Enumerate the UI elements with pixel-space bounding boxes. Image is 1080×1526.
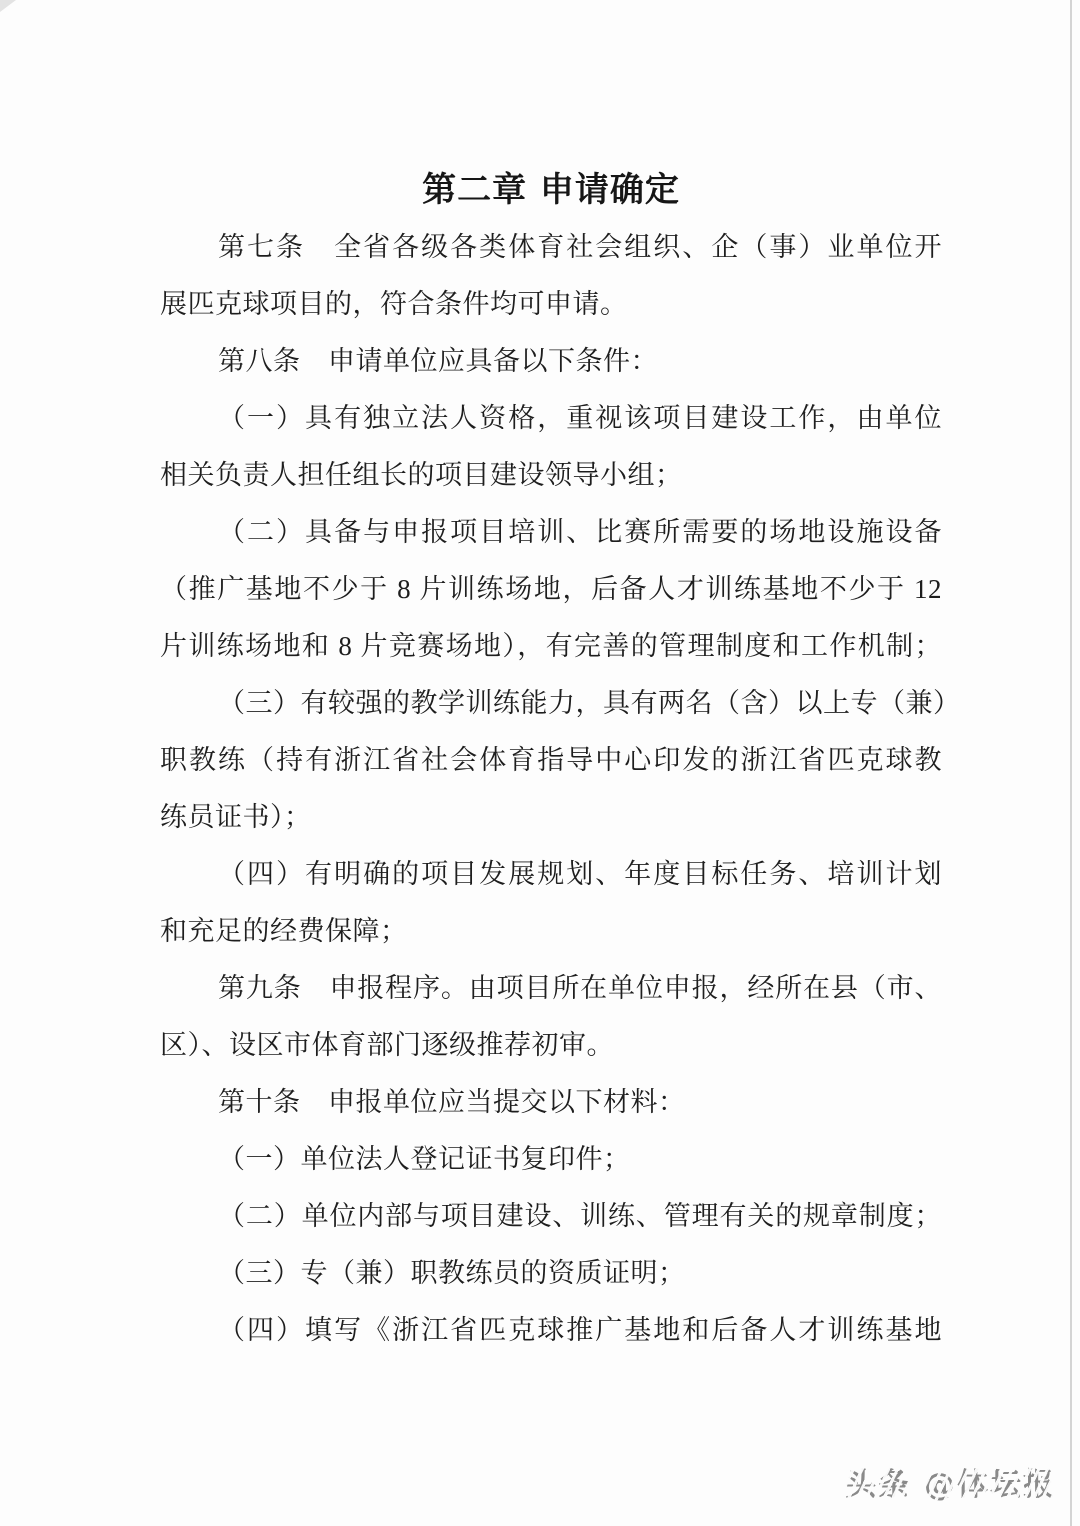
text-line: （二）单位内部与项目建设、训练、管理有关的规章制度； xyxy=(160,1188,942,1245)
text-line: （一）单位法人登记证书复印件； xyxy=(160,1131,942,1188)
watermark-container: 头条 @体坛报 xyxy=(845,1459,1056,1504)
scan-edge-line xyxy=(1070,0,1072,1526)
text-line: 相关负责人担任组长的项目建设领导小组； xyxy=(160,447,942,504)
text-line: （推广基地不少于 8 片训练场地，后备人才训练基地不少于 12 xyxy=(160,561,942,618)
text-line: 和充足的经费保障； xyxy=(160,903,942,960)
text-line: 第九条 申报程序。由项目所在单位申报，经所在县（市、 xyxy=(160,960,942,1017)
document-content: 第二章 申请确定 第七条 全省各级各类体育社会组织、企（事）业单位开展匹克球项目… xyxy=(160,162,942,1359)
text-line: （四）有明确的项目发展规划、年度目标任务、培训计划 xyxy=(160,846,942,903)
document-page: 第二章 申请确定 第七条 全省各级各类体育社会组织、企（事）业单位开展匹克球项目… xyxy=(0,0,1080,1526)
paragraph-lines: 第七条 全省各级各类体育社会组织、企（事）业单位开展匹克球项目的，符合条件均可申… xyxy=(160,219,942,1359)
text-line: 区）、设区市体育部门逐级推荐初审。 xyxy=(160,1017,942,1074)
text-line: 第十条 申报单位应当提交以下材料： xyxy=(160,1074,942,1131)
toutiao-watermark: 头条 @体坛报 xyxy=(845,1459,1056,1504)
text-line: （一）具有独立法人资格，重视该项目建设工作，由单位 xyxy=(160,390,942,447)
text-line: （三）有较强的教学训练能力，具有两名（含）以上专（兼） xyxy=(160,675,942,732)
text-line: 片训练场地和 8 片竞赛场地），有完善的管理制度和工作机制； xyxy=(160,618,942,675)
chapter-title: 第二章 申请确定 xyxy=(160,162,942,219)
text-line: （三）专（兼）职教练员的资质证明； xyxy=(160,1245,942,1302)
text-line: 第七条 全省各级各类体育社会组织、企（事）业单位开 xyxy=(160,219,942,276)
text-line: 职教练（持有浙江省社会体育指导中心印发的浙江省匹克球教 xyxy=(160,732,942,789)
text-line: （二）具备与申报项目培训、比赛所需要的场地设施设备 xyxy=(160,504,942,561)
text-line: 展匹克球项目的，符合条件均可申请。 xyxy=(160,276,942,333)
text-line: 练员证书）； xyxy=(160,789,942,846)
text-line: （四）填写《浙江省匹克球推广基地和后备人才训练基地 xyxy=(160,1302,942,1359)
text-line: 第八条 申请单位应具备以下条件： xyxy=(160,333,942,390)
scan-corner-artifact xyxy=(0,0,16,12)
